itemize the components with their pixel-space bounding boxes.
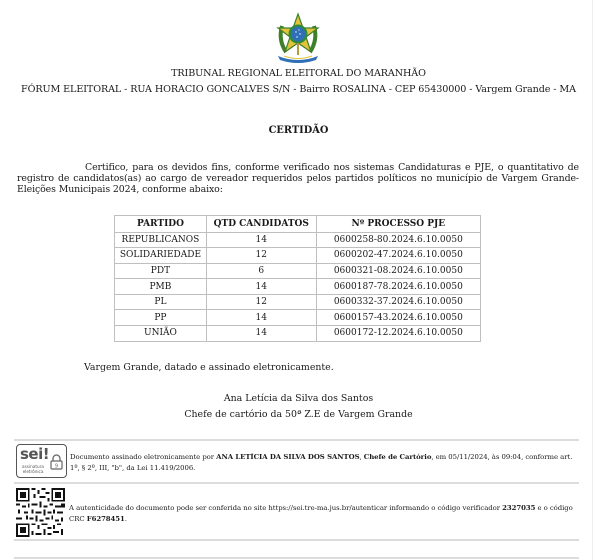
sei-logo-subtitle: assinatura eletrônica <box>20 464 46 474</box>
sei-logo-word: sei! <box>20 446 49 462</box>
divider <box>14 539 579 541</box>
table-row: PP 14 0600157-43.2024.6.10.0050 <box>115 310 481 326</box>
party-cell: PP <box>115 310 207 326</box>
auth-suffix: . <box>125 515 127 523</box>
certificate-body: Certifico, para os devidos fins, conform… <box>17 162 579 196</box>
count-cell: 12 <box>206 248 316 264</box>
svg-text:9: 9 <box>55 464 58 470</box>
process-cell: 0600157-43.2024.6.10.0050 <box>316 310 480 326</box>
closing-statement: Vargem Grande, datado e assinado eletron… <box>84 362 334 373</box>
process-cell: 0600202-47.2024.6.10.0050 <box>316 248 480 264</box>
brazil-coat-of-arms-icon <box>274 12 322 64</box>
header-party: PARTIDO <box>115 216 207 233</box>
process-cell: 0600172-12.2024.6.10.0050 <box>316 326 480 342</box>
verifier-code: 2327035 <box>502 504 535 512</box>
qr-code-icon[interactable] <box>16 488 65 537</box>
party-cell: SOLIDARIEDADE <box>115 248 207 264</box>
party-cell: REPUBLICANOS <box>115 232 207 248</box>
crc-code: F6278451 <box>87 515 125 523</box>
signature-role: Chefe de Cartório <box>364 453 432 461</box>
padlock-icon: 9 <box>50 454 63 470</box>
auth-prefix: A autenticidade do documento pode ser co… <box>69 504 502 512</box>
process-cell: 0600321-08.2024.6.10.0050 <box>316 263 480 279</box>
sei-subtitle-line2: eletrônica <box>20 469 46 474</box>
process-cell: 0600187-78.2024.6.10.0050 <box>316 279 480 295</box>
party-cell: PDT <box>115 263 207 279</box>
count-cell: 12 <box>206 294 316 310</box>
institution-name: TRIBUNAL REGIONAL ELEITORAL DO MARANHÃO <box>0 68 597 79</box>
table-header-row: PARTIDO QTD CANDIDATOS Nº PROCESSO PJE <box>115 216 481 233</box>
table-row: PDT 6 0600321-08.2024.6.10.0050 <box>115 263 481 279</box>
signatory-name: Ana Letícia da Silva dos Santos <box>0 393 597 404</box>
party-cell: PL <box>115 294 207 310</box>
count-cell: 14 <box>206 279 316 295</box>
sei-electronic-signature-logo: sei! assinatura eletrônica 9 <box>16 444 67 478</box>
table-row: PMB 14 0600187-78.2024.6.10.0050 <box>115 279 481 295</box>
document-title: CERTIDÃO <box>0 125 597 136</box>
count-cell: 14 <box>206 310 316 326</box>
divider <box>14 482 579 484</box>
table-row: SOLIDARIEDADE 12 0600202-47.2024.6.10.00… <box>115 248 481 264</box>
count-cell: 14 <box>206 326 316 342</box>
header-count: QTD CANDIDATOS <box>206 216 316 233</box>
table-row: REPUBLICANOS 14 0600258-80.2024.6.10.005… <box>115 232 481 248</box>
count-cell: 14 <box>206 232 316 248</box>
signatory-role: Chefe de cartório da 50ª Z.E de Vargem G… <box>0 409 597 420</box>
signature-name: ANA LETÍCIA DA SILVA DOS SANTOS <box>216 453 359 461</box>
signature-prefix: Documento assinado eletronicamente por <box>70 453 216 461</box>
count-cell: 6 <box>206 263 316 279</box>
divider <box>14 557 579 559</box>
process-cell: 0600258-80.2024.6.10.0050 <box>316 232 480 248</box>
table-row: PL 12 0600332-37.2024.6.10.0050 <box>115 294 481 310</box>
electronic-signature-notice: Documento assinado eletronicamente por A… <box>70 452 580 474</box>
candidates-table: PARTIDO QTD CANDIDATOS Nº PROCESSO PJE R… <box>114 215 481 342</box>
divider <box>14 439 579 441</box>
party-cell: UNIÃO <box>115 326 207 342</box>
party-cell: PMB <box>115 279 207 295</box>
header-process: Nº PROCESSO PJE <box>316 216 480 233</box>
table-row: UNIÃO 14 0600172-12.2024.6.10.0050 <box>115 326 481 342</box>
authenticity-notice: A autenticidade do documento pode ser co… <box>69 503 579 525</box>
institution-address: FÓRUM ELEITORAL - RUA HORACIO GONCALVES … <box>0 84 597 95</box>
process-cell: 0600332-37.2024.6.10.0050 <box>316 294 480 310</box>
